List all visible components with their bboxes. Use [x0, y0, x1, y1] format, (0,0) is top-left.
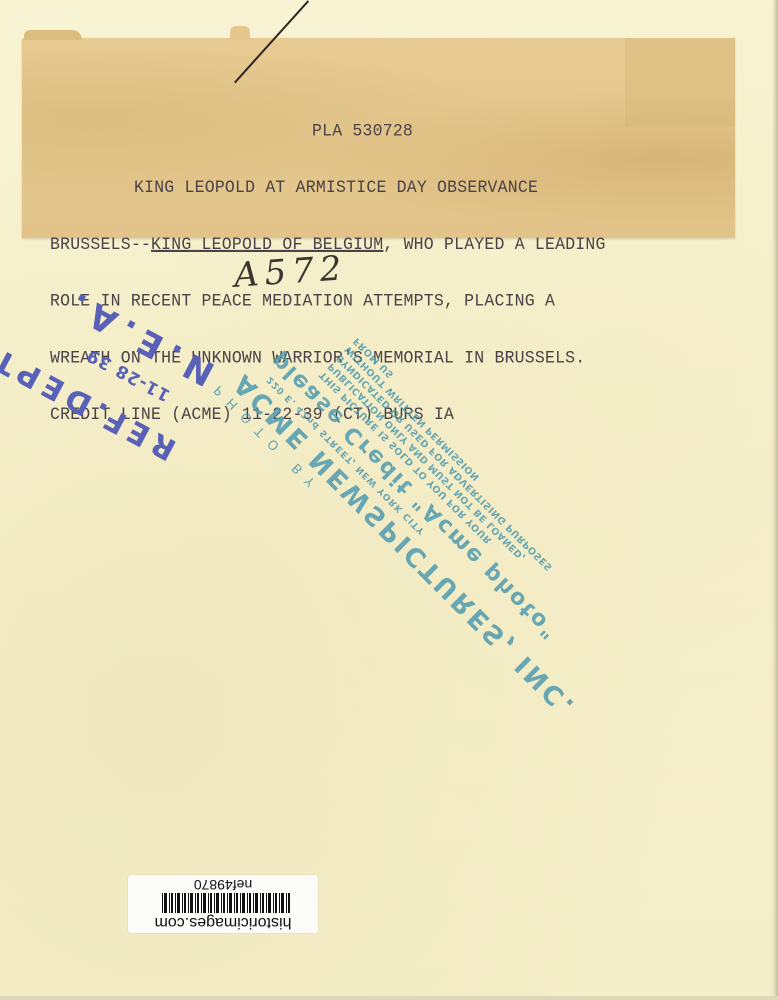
- caption-label: PLA 530728 KING LEOPOLD AT ARMISTICE DAY…: [22, 38, 735, 238]
- caption-headline: KING LEOPOLD AT ARMISTICE DAY OBSERVANCE: [50, 179, 606, 198]
- label-fold-shade: [625, 38, 735, 126]
- barcode-label: historicimages.com nef49870: [128, 875, 318, 933]
- caption-underlined-subject: KING LEOPOLD OF BELGIUM: [151, 234, 383, 254]
- paper-edge-right: [772, 0, 778, 1000]
- handwritten-note: A572: [233, 248, 349, 296]
- paper-edge-bottom: [0, 996, 778, 1000]
- barcode-code: nef49870: [128, 877, 318, 893]
- caption-ref-number: PLA 530728: [50, 122, 606, 141]
- caption-body-line-1-rest: , WHO PLAYED A LEADING: [383, 234, 605, 254]
- barcode-icon: [160, 893, 290, 913]
- tape-remnant-mid: [230, 26, 250, 40]
- tape-remnant-left: [24, 30, 82, 40]
- barcode-site: historicimages.com: [128, 913, 318, 931]
